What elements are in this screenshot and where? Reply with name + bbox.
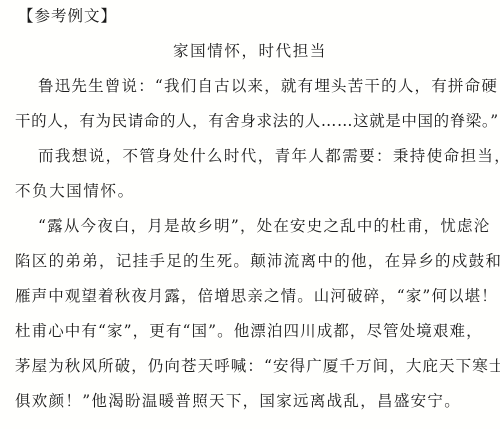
- paragraph-3-line-3: 雁声中观望着秋夜月露，倍增思亲之情。山河破碎，“家”何以堪！: [15, 286, 500, 306]
- paragraph-3-line-1: “露从今夜白，月是故乡明”，处在安史之乱中的杜甫，忧虑沦: [38, 216, 500, 236]
- paragraph-3-line-4: 杜甫心中有“家”，更有“国”。他漂泊四川成都，尽管处境艰难，: [15, 321, 500, 341]
- essay-title: 家国情怀，时代担当: [0, 41, 500, 61]
- paragraph-3-line-2: 陷区的弟弟，记挂手足的生死。颠沛流离中的他，在异乡的戍鼓和孤: [15, 251, 500, 271]
- paragraph-3-line-5: 茅屋为秋风所破，仍向苍天呼喊：“安得广厦千万间，大庇天下寒士: [15, 356, 500, 376]
- paragraph-1-line-1: 鲁迅先生曾说：“我们自古以来，就有埋头苦干的人，有拼命硬: [38, 76, 500, 96]
- section-header: 【参考例文】: [18, 6, 500, 26]
- paragraph-1-line-2: 干的人，有为民请命的人，有舍身求法的人……这就是中国的脊梁。”: [15, 111, 500, 131]
- paragraph-2-line-2: 不负大国情怀。: [15, 181, 500, 201]
- paragraph-2-line-1: 而我想说，不管身处什么时代，青年人都需要：秉持使命担当，: [38, 146, 500, 166]
- paragraph-3-line-6: 俱欢颜！”他渴盼温暖普照天下，国家远离战乱，昌盛安宁。: [15, 391, 500, 411]
